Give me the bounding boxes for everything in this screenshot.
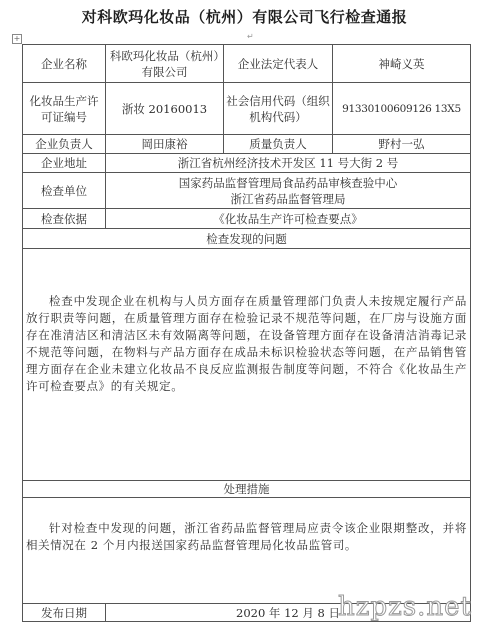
- principal-label: 企业负责人: [23, 135, 106, 154]
- measures-cell: 针对检查中发现的问题，浙江省药品监督管理局应责令该企业限期整改，并将相关情况在 …: [23, 498, 471, 604]
- basis-value: 《化妆品生产许可检查要点》: [106, 209, 471, 229]
- date-label: 发布日期: [23, 604, 106, 622]
- move-handle-icon[interactable]: +: [12, 34, 22, 44]
- inspector-value-line-2: 浙江省药品监督管理局: [108, 191, 468, 207]
- quality-label: 质量负责人: [224, 135, 333, 154]
- findings-header: 检查发现的问题: [23, 229, 471, 249]
- inspection-table: 企业名称 科欧玛化妆品（杭州）有限公司 企业法定代表人 神崎义英 化妆品生产许可…: [22, 44, 471, 622]
- principal-value: 岡田康裕: [106, 135, 224, 154]
- credit-code-value: 91330100609126 13X5: [333, 83, 471, 135]
- measures-text: 针对检查中发现的问题，浙江省药品监督管理局应责令该企业限期整改，并将相关情况在 …: [26, 520, 467, 554]
- document-title: 对科欧玛化妆品（杭州）有限公司飞行检查通报: [0, 6, 489, 27]
- credit-code-label: 社会信用代码（组织机构代码）: [224, 83, 333, 135]
- table-row: 企业名称 科欧玛化妆品（杭州）有限公司 企业法定代表人 神崎义英: [23, 45, 471, 83]
- license-label: 化妆品生产许可证编号: [23, 83, 106, 135]
- inspector-value: 国家药品监督管理局食品药品审核查验中心 浙江省药品监督管理局: [106, 173, 471, 209]
- table-row: 检查依据 《化妆品生产许可检查要点》: [23, 209, 471, 229]
- table-row: 企业地址 浙江省杭州经济技术开发区 11 号大街 2 号: [23, 154, 471, 173]
- inspector-value-line-1: 国家药品监督管理局食品药品审核查验中心: [108, 175, 468, 191]
- legal-rep-label: 企业法定代表人: [224, 45, 333, 83]
- company-name-value: 科欧玛化妆品（杭州）有限公司: [106, 45, 224, 83]
- license-value: 浙妆 20160013: [106, 83, 224, 135]
- table-row: 针对检查中发现的问题，浙江省药品监督管理局应责令该企业限期整改，并将相关情况在 …: [23, 498, 471, 604]
- measures-header: 处理措施: [23, 481, 471, 498]
- basis-label: 检查依据: [23, 209, 106, 229]
- legal-rep-value: 神崎义英: [333, 45, 471, 83]
- table-row: 检查发现的问题: [23, 229, 471, 249]
- company-name-label: 企业名称: [23, 45, 106, 83]
- table-row: 检查中发现企业在机构与人员方面存在质量管理部门负责人未按规定履行产品放行职责等问…: [23, 249, 471, 481]
- table-row: 处理措施: [23, 481, 471, 498]
- paragraph-mark-icon: ↵: [247, 32, 254, 41]
- table-row: 化妆品生产许可证编号 浙妆 20160013 社会信用代码（组织机构代码） 91…: [23, 83, 471, 135]
- findings-text: 检查中发现企业在机构与人员方面存在质量管理部门负责人未按规定履行产品放行职责等问…: [26, 293, 467, 395]
- findings-cell: 检查中发现企业在机构与人员方面存在质量管理部门负责人未按规定履行产品放行职责等问…: [23, 249, 471, 481]
- address-label: 企业地址: [23, 154, 106, 173]
- address-value: 浙江省杭州经济技术开发区 11 号大街 2 号: [106, 154, 471, 173]
- quality-value: 野村一弘: [333, 135, 471, 154]
- inspector-label: 检查单位: [23, 173, 106, 209]
- table-row: 企业负责人 岡田康裕 质量负责人 野村一弘: [23, 135, 471, 154]
- watermark: hzpzs.net: [338, 592, 472, 622]
- table-row: 检查单位 国家药品监督管理局食品药品审核查验中心 浙江省药品监督管理局: [23, 173, 471, 209]
